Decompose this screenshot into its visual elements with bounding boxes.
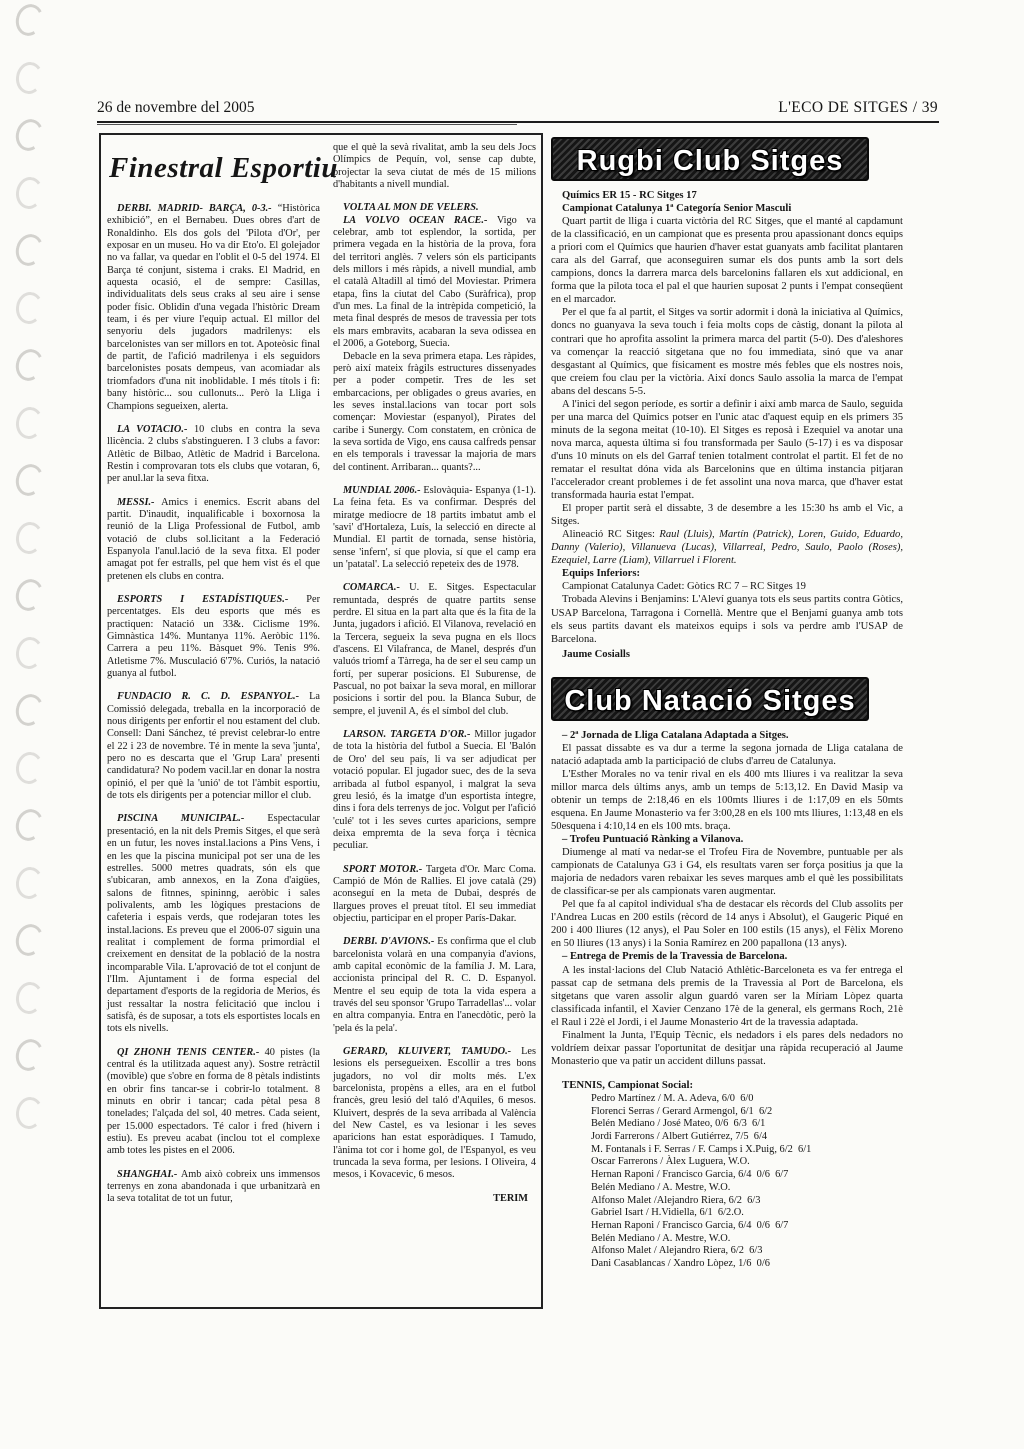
paragraph-text: Jaume Cosialls: [562, 649, 630, 660]
paragraph-text: TERIM: [493, 1193, 528, 1204]
paragraph-lead: SPORT MOTOR.-: [343, 864, 426, 875]
spiral-ring: [14, 520, 45, 555]
article-paragraph: Debacle en la seva primera etapa. Les rà…: [333, 351, 536, 474]
article-paragraph: MUNDIAL 2006.-Eslovàquia- Espanya (1-1).…: [333, 485, 536, 571]
article-paragraph: Jaume Cosialls: [551, 648, 903, 661]
paragraph-lead: PISCINA MUNICIPAL.-: [117, 813, 267, 824]
article-paragraph: TERIM: [333, 1193, 536, 1205]
paragraph-text: Vigo va celebrar, amb tot esplendor, la …: [333, 215, 536, 349]
article-paragraph: Alineació RC Sitges:Raul (Lluis), Martín…: [551, 528, 903, 567]
newspaper-page: 26 de novembre del 2005 L'ECO DE SITGES …: [0, 0, 1024, 1449]
paragraph-text: L'Esther Morales no va tenir rival en el…: [551, 769, 903, 832]
paragraph-lead: QI ZHONH TENIS CENTER.-: [117, 1047, 265, 1058]
paragraph-lead: DERBI. D'AVIONS.-: [343, 936, 437, 947]
spiral-ring: [14, 175, 45, 210]
spiral-ring: [12, 346, 47, 384]
finestral-left-column: Finestral Esportiu DERBI. MADRID- BARÇA,…: [107, 142, 320, 1307]
finestral-title: Finestral Esportiu: [109, 152, 318, 185]
paragraph-lead: MUNDIAL 2006.-: [343, 485, 423, 496]
paragraph-lead: LA VOLVO OCEAN RACE.-: [343, 215, 497, 226]
article-paragraph: LARSON. TARGETA D'OR.-Millor jugador de …: [333, 729, 536, 852]
right-column: Rugbi Club Sitges Químics ER 15 - RC Sit…: [551, 137, 903, 1271]
header-rule-secondary: [97, 124, 517, 125]
finestral-box: Finestral Esportiu DERBI. MADRID- BARÇA,…: [99, 133, 543, 1309]
paragraph-text: Per el que fa al partit, el Sitges va so…: [551, 307, 903, 396]
spiral-ring: [14, 980, 45, 1015]
paragraph-text: Amics i enemics. Escrit abans del partit…: [107, 497, 320, 582]
paragraph-text: Millor jugador de tota la història del f…: [333, 729, 536, 851]
paragraph-text: Finalment la Junta, l'Equip Tècnic, els …: [551, 1030, 903, 1067]
paragraph-text: – Entrega de Premis de la Travessia de B…: [562, 951, 787, 962]
article-paragraph: – Entrega de Premis de la Travessia de B…: [551, 950, 903, 963]
paragraph-text: A l'inici del segon període, es sortir a…: [551, 399, 903, 501]
article-paragraph: El passat dissabte es va dur a terme la …: [551, 742, 903, 768]
paragraph-text: U. E. Sitges. Espectacular remuntada, de…: [333, 582, 536, 716]
spiral-ring: [12, 1036, 47, 1074]
article-paragraph: Campionat Catalunya 1ª Categoría Senior …: [551, 202, 903, 215]
spiral-ring: [14, 1095, 45, 1130]
article-paragraph: A l'inici del segon període, es sortir a…: [551, 398, 903, 502]
article-paragraph: El proper partit serà el dissabte, 3 de …: [551, 502, 903, 528]
tennis-result: Hernan Raponi / Francisco Garcia, 6/4 0/…: [591, 1169, 903, 1182]
spiral-ring: [14, 750, 45, 785]
article-paragraph: ESPORTS I ESTADÍSTIQUES.-Per percentatge…: [107, 594, 320, 680]
article-paragraph: COMARCA.-U. E. Sitges. Espectacular remu…: [333, 582, 536, 718]
paragraph-lead: SHANGHAI.-: [117, 1169, 181, 1180]
paragraph-text: Diumenge al matí va nedar-se el Trofeu F…: [551, 847, 903, 897]
finestral-middle-paragraphs: que el què la sevà rivalitat, amb la seu…: [333, 142, 536, 1205]
article-paragraph: PISCINA MUNICIPAL.-Espectacular presenta…: [107, 813, 320, 1035]
paragraph-lead: MESSI.-: [117, 497, 161, 508]
paragraph-text: Debacle en la seva primera etapa. Les rà…: [333, 351, 536, 473]
paragraph-text: Químics ER 15 - RC Sitges 17: [562, 190, 697, 201]
article-paragraph: GERARD, KLUIVERT, TAMUDO.-Les lesions el…: [333, 1046, 536, 1182]
paragraph-lead: LA VOTACIO.-: [117, 424, 194, 435]
spiral-ring: [12, 806, 47, 844]
club-natacio-sitges-banner: Club Natació Sitges: [551, 677, 869, 721]
article-paragraph: Diumenge al matí va nedar-se el Trofeu F…: [551, 846, 903, 898]
article-paragraph: SHANGHAI.-Amb això cobreix uns immensos …: [107, 1169, 320, 1206]
finestral-middle-column: que el què la sevà rivalitat, amb la seu…: [333, 142, 536, 1307]
paragraph-lead: COMARCA.-: [343, 582, 409, 593]
tennis-result: Dani Casablancas / Xandro Lòpez, 1/6 0/6: [591, 1258, 903, 1271]
tennis-result: Alfonso Malet / Alejandro Riera, 6/2 6/3: [591, 1245, 903, 1258]
tennis-result: Pedro Martínez / M. A. Adeva, 6/0 6/0: [591, 1093, 903, 1106]
natacio-article: – 2ª Jornada de Lliga Catalana Adaptada …: [551, 729, 903, 1068]
spiral-ring: [14, 290, 45, 325]
tennis-results-list: Pedro Martínez / M. A. Adeva, 6/0 6/0Flo…: [551, 1093, 903, 1271]
header-rule: [97, 121, 939, 123]
article-paragraph: Equips Inferiors:: [551, 567, 903, 580]
paragraph-lead: ESPORTS I ESTADÍSTIQUES.-: [117, 594, 306, 605]
spiral-ring: [12, 576, 47, 614]
article-paragraph: VOLTA AL MON DE VELERS.: [333, 202, 536, 214]
paragraph-text: Campionat Catalunya 1ª Categoría Senior …: [562, 203, 791, 214]
spiral-ring: [14, 60, 45, 95]
finestral-left-paragraphs: DERBI. MADRID- BARÇA, 0-3.-“Històrica ex…: [107, 203, 320, 1206]
spiral-ring: [12, 1, 47, 39]
paragraph-text: – 2ª Jornada de Lliga Catalana Adaptada …: [562, 730, 789, 741]
paragraph-text: Quart partit de lliga i cuarta victòria …: [551, 216, 903, 305]
tennis-result: Hernan Raponi / Francisco Garcia, 6/4 0/…: [591, 1220, 903, 1233]
tennis-result: Gabriel Isart / H.Vidiella, 6/1 6/2.O.: [591, 1207, 903, 1220]
tennis-result: Jordi Farrerons / Albert Gutiérrez, 7/5 …: [591, 1131, 903, 1144]
rugbi-article: Químics ER 15 - RC Sitges 17Campionat Ca…: [551, 189, 903, 661]
article-paragraph: QI ZHONH TENIS CENTER.-40 pistes (la cen…: [107, 1047, 320, 1158]
article-paragraph: Químics ER 15 - RC Sitges 17: [551, 189, 903, 202]
article-paragraph: que el què la sevà rivalitat, amb la seu…: [333, 142, 536, 191]
paragraph-text: 40 pistes (la central és la utilitzada a…: [107, 1047, 320, 1157]
tennis-result: M. Fontanals i F. Serras / F. Camps i X.…: [591, 1144, 903, 1157]
paragraph-text: Per percentatges. Els deu esports que mé…: [107, 594, 320, 679]
spiral-ring: [12, 921, 47, 959]
paragraph-text: Les lesions els persegueixen. Escollir a…: [333, 1046, 536, 1180]
spiral-ring: [12, 461, 47, 499]
article-paragraph: Campionat Catalunya Cadet: Gòtics RC 7 –…: [551, 580, 903, 593]
article-paragraph: Quart partit de lliga i cuarta victòria …: [551, 215, 903, 306]
paragraph-lead: FUNDACIO R. C. D. ESPANYOL.-: [117, 691, 309, 702]
paragraph-lead: Alineació RC Sitges:: [562, 529, 659, 540]
article-paragraph: DERBI. D'AVIONS.-Es confirma que el club…: [333, 936, 536, 1035]
tennis-results-header: TENNIS, Campionat Social:: [551, 1079, 903, 1091]
paragraph-text: Pel que fa al capítol individual s'ha de…: [551, 899, 903, 949]
article-paragraph: LA VOTACIO.-10 clubs en contra la seva l…: [107, 424, 320, 486]
paragraph-text: que el què la sevà rivalitat, amb la seu…: [333, 142, 536, 190]
paragraph-text: Trobada Alevins i Benjamins: L'Aleví gua…: [551, 594, 903, 644]
article-paragraph: DERBI. MADRID- BARÇA, 0-3.-“Històrica ex…: [107, 203, 320, 413]
spiral-ring: [14, 405, 45, 440]
article-paragraph: Per el que fa al partit, el Sitges va so…: [551, 306, 903, 397]
paragraph-text: El passat dissabte es va dur a terme la …: [551, 743, 903, 767]
paragraph-text: Espectacular presentació, en la nit dels…: [107, 813, 320, 1034]
paragraph-lead: DERBI. MADRID- BARÇA, 0-3.-: [117, 203, 278, 214]
paragraph-text: “Històrica exhibició”, en el Bernabeu. D…: [107, 203, 320, 412]
paragraph-lead: VOLTA AL MON DE VELERS.: [343, 202, 479, 213]
article-paragraph: – 2ª Jornada de Lliga Catalana Adaptada …: [551, 729, 903, 742]
paragraph-lead: GERARD, KLUIVERT, TAMUDO.-: [343, 1046, 521, 1057]
page-date: 26 de novembre del 2005: [97, 99, 255, 117]
tennis-result: Florenci Serras / Gerard Armengol, 6/1 6…: [591, 1106, 903, 1119]
paragraph-text: La Comissió delegada, treballa en la inc…: [107, 691, 320, 801]
tennis-result: Belén Mediano / A. Mestre, W.O.: [591, 1182, 903, 1195]
article-paragraph: – Trofeu Puntuació Rànking a Vilanova.: [551, 833, 903, 846]
article-paragraph: FUNDACIO R. C. D. ESPANYOL.-La Comissió …: [107, 691, 320, 802]
paragraph-text: Equips Inferiors:: [562, 568, 640, 579]
article-paragraph: A les instal·lacions del Club Natació At…: [551, 964, 903, 1029]
paragraph-text: Campionat Catalunya Cadet: Gòtics RC 7 –…: [562, 581, 806, 592]
tennis-result: Belén Mediano / José Mateo, 0/6 6/3 6/1: [591, 1118, 903, 1131]
tennis-result: Oscar Farrerons / Àlex Luguera, W.O.: [591, 1156, 903, 1169]
article-paragraph: Pel que fa al capítol individual s'ha de…: [551, 898, 903, 950]
spiral-ring: [12, 116, 47, 154]
spiral-ring: [12, 231, 47, 269]
paragraph-text: A les instal·lacions del Club Natació At…: [551, 965, 903, 1028]
spiral-ring: [14, 635, 45, 670]
masthead: L'ECO DE SITGES / 39: [778, 99, 938, 117]
article-paragraph: Finalment la Junta, l'Equip Tècnic, els …: [551, 1029, 903, 1068]
paragraph-text: – Trofeu Puntuació Rànking a Vilanova.: [562, 834, 743, 845]
article-paragraph: Trobada Alevins i Benjamins: L'Aleví gua…: [551, 593, 903, 645]
paragraph-text: Eslovàquia- Espanya (1-1). La feina feta…: [333, 485, 536, 570]
paragraph-text: Es confirma que el club barcelonista vol…: [333, 936, 536, 1033]
article-paragraph: SPORT MOTOR.-Targeta d'Or. Marc Coma. Ca…: [333, 864, 536, 926]
paragraph-lead: LARSON. TARGETA D'OR.-: [343, 729, 474, 740]
article-paragraph: L'Esther Morales no va tenir rival en el…: [551, 768, 903, 833]
paragraph-text: El proper partit serà el dissabte, 3 de …: [551, 503, 903, 527]
article-paragraph: LA VOLVO OCEAN RACE.-Vigo va celebrar, a…: [333, 215, 536, 351]
tennis-result: Alfonso Malet /Alejandro Riera, 6/2 6/3: [591, 1195, 903, 1208]
article-paragraph: MESSI.-Amics i enemics. Escrit abans del…: [107, 497, 320, 583]
spiral-ring: [14, 865, 45, 900]
spiral-ring: [12, 691, 47, 729]
rugbi-club-sitges-banner: Rugbi Club Sitges: [551, 137, 869, 181]
tennis-result: Belén Mediano / A. Mestre, W.O.: [591, 1233, 903, 1246]
